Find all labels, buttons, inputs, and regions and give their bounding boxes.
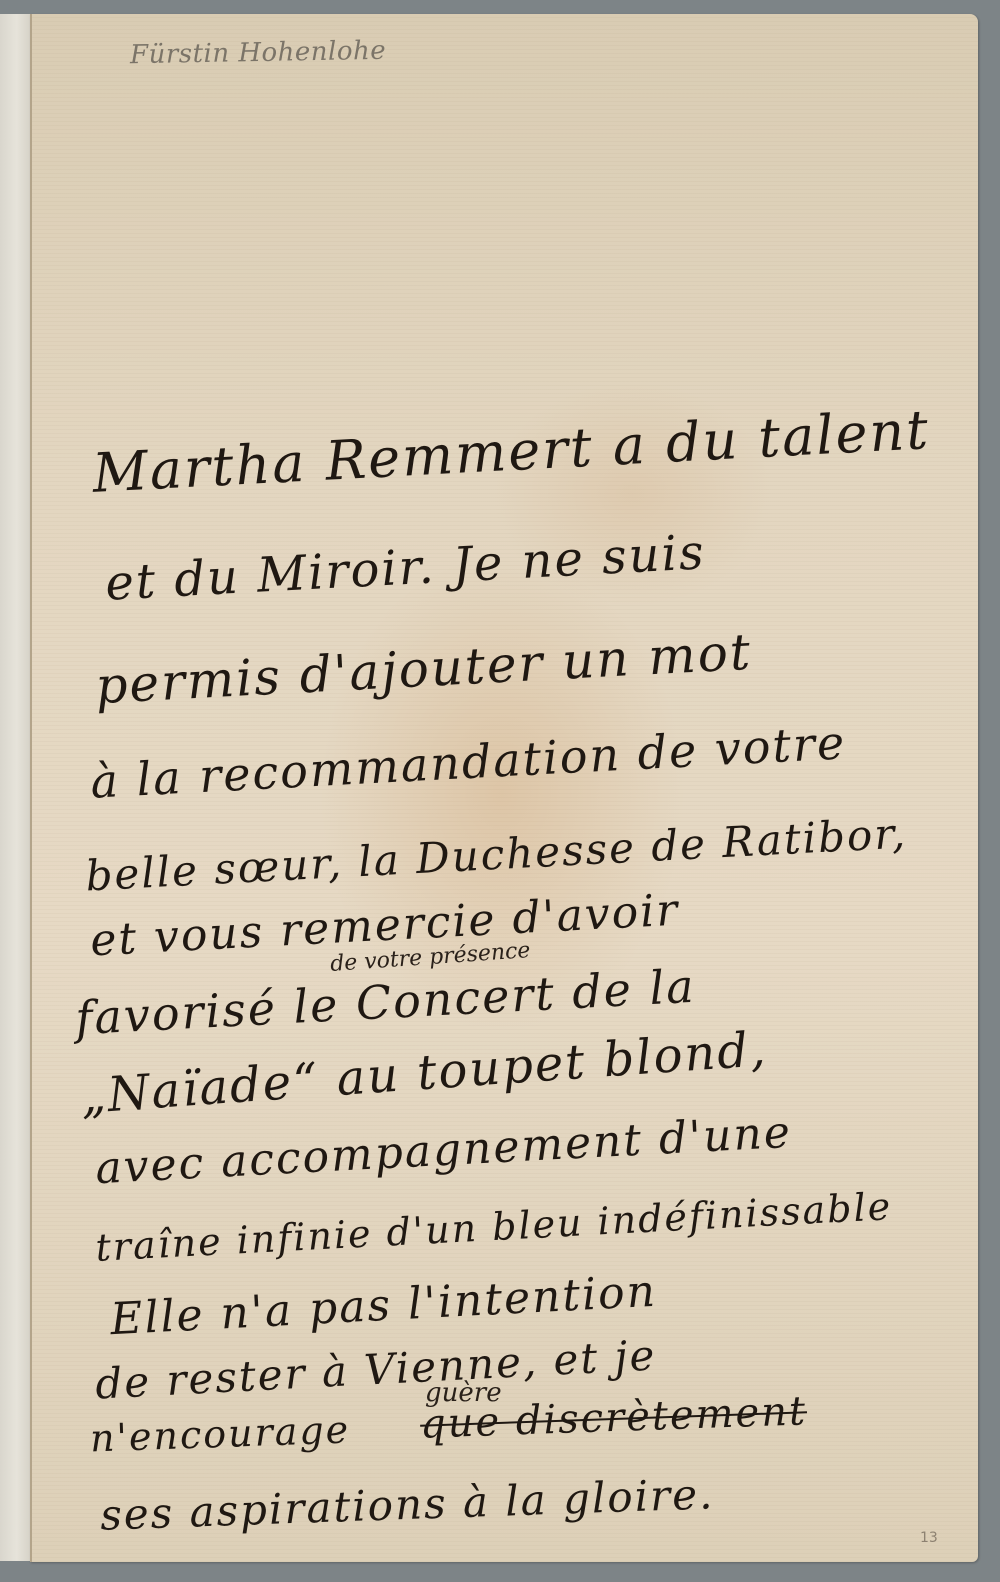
binding-strip bbox=[0, 14, 34, 1561]
page-number-mark: 13 bbox=[920, 1530, 938, 1546]
archival-note: Fürstin Hohenlohe bbox=[130, 36, 387, 70]
letter-line-13: n'encourage bbox=[89, 1407, 351, 1460]
